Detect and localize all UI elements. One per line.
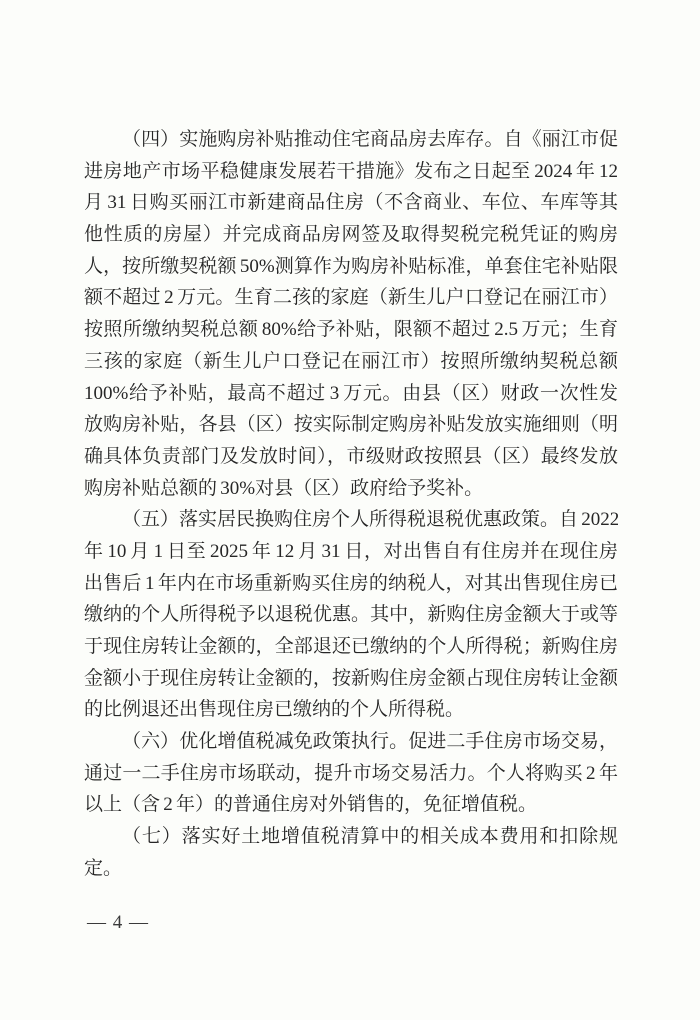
- text-line: 进房地产市场平稳健康发展若干措施》发布之日起至 2024 年 12: [84, 156, 618, 188]
- text-line: 缴纳的个人所得税予以退税优惠。其中，新购住房金额大于或等: [84, 599, 618, 631]
- text-line: 按照所缴纳契税总额 80%给予补贴，限额不超过 2.5 万元；生育: [84, 314, 618, 346]
- text-line: 人，按所缴契税额 50%测算作为购房补贴标准，单套住宅补贴限: [84, 251, 618, 283]
- text-line: 通过一二手住房市场联动，提升市场交易活力。个人将购买 2 年: [84, 758, 618, 790]
- text-line: 月 31 日购买丽江市新建商品住房（不含商业、车位、车库等其: [84, 187, 618, 219]
- text-line: 定。: [84, 853, 618, 885]
- text-line: 的比例退还出售现住房已缴纳的个人所得税。: [84, 694, 618, 726]
- text-line: 他性质的房屋）并完成商品房网签及取得契税完税凭证的购房: [84, 219, 618, 251]
- text-line: 金额小于现住房转让金额的，按新购住房金额占现住房转让金额: [84, 663, 618, 695]
- text-line: （五）落实居民换购住房个人所得税退税优惠政策。自 2022: [84, 504, 618, 536]
- text-line: 以上（含 2 年）的普通住房对外销售的，免征增值税。: [84, 789, 618, 821]
- text-line: 于现住房转让金额的，全部退还已缴纳的个人所得税；新购住房: [84, 631, 618, 663]
- text-line: 额不超过 2 万元。生育二孩的家庭（新生儿户口登记在丽江市）: [84, 282, 618, 314]
- text-line: （六）优化增值税减免政策执行。促进二手住房市场交易，: [84, 726, 618, 758]
- text-line: 放购房补贴，各县（区）按实际制定购房补贴发放实施细则（明: [84, 409, 618, 441]
- text-line: 确具体负责部门及发放时间），市级财政按照县（区）最终发放: [84, 441, 618, 473]
- text-line: 100%给予补贴，最高不超过 3 万元。由县（区）财政一次性发: [84, 378, 618, 410]
- text-line: 购房补贴总额的 30%对县（区）政府给予奖补。: [84, 473, 618, 505]
- text-line: 出售后 1 年内在市场重新购买住房的纳税人，对其出售现住房已: [84, 568, 618, 600]
- text-line: （四）实施购房补贴推动住宅商品房去库存。自《丽江市促: [84, 124, 618, 156]
- document-page: （四）实施购房补贴推动住宅商品房去库存。自《丽江市促进房地产市场平稳健康发展若干…: [0, 0, 700, 1020]
- text-line: （七）落实好土地增值税清算中的相关成本费用和扣除规: [84, 821, 618, 853]
- text-line: 年 10 月 1 日至 2025 年 12 月 31 日，对出售自有住房并在现住…: [84, 536, 618, 568]
- document-body: （四）实施购房补贴推动住宅商品房去库存。自《丽江市促进房地产市场平稳健康发展若干…: [84, 124, 618, 885]
- text-line: 三孩的家庭（新生儿户口登记在丽江市）按照所缴纳契税总额: [84, 346, 618, 378]
- page-number: — 4 —: [87, 911, 149, 935]
